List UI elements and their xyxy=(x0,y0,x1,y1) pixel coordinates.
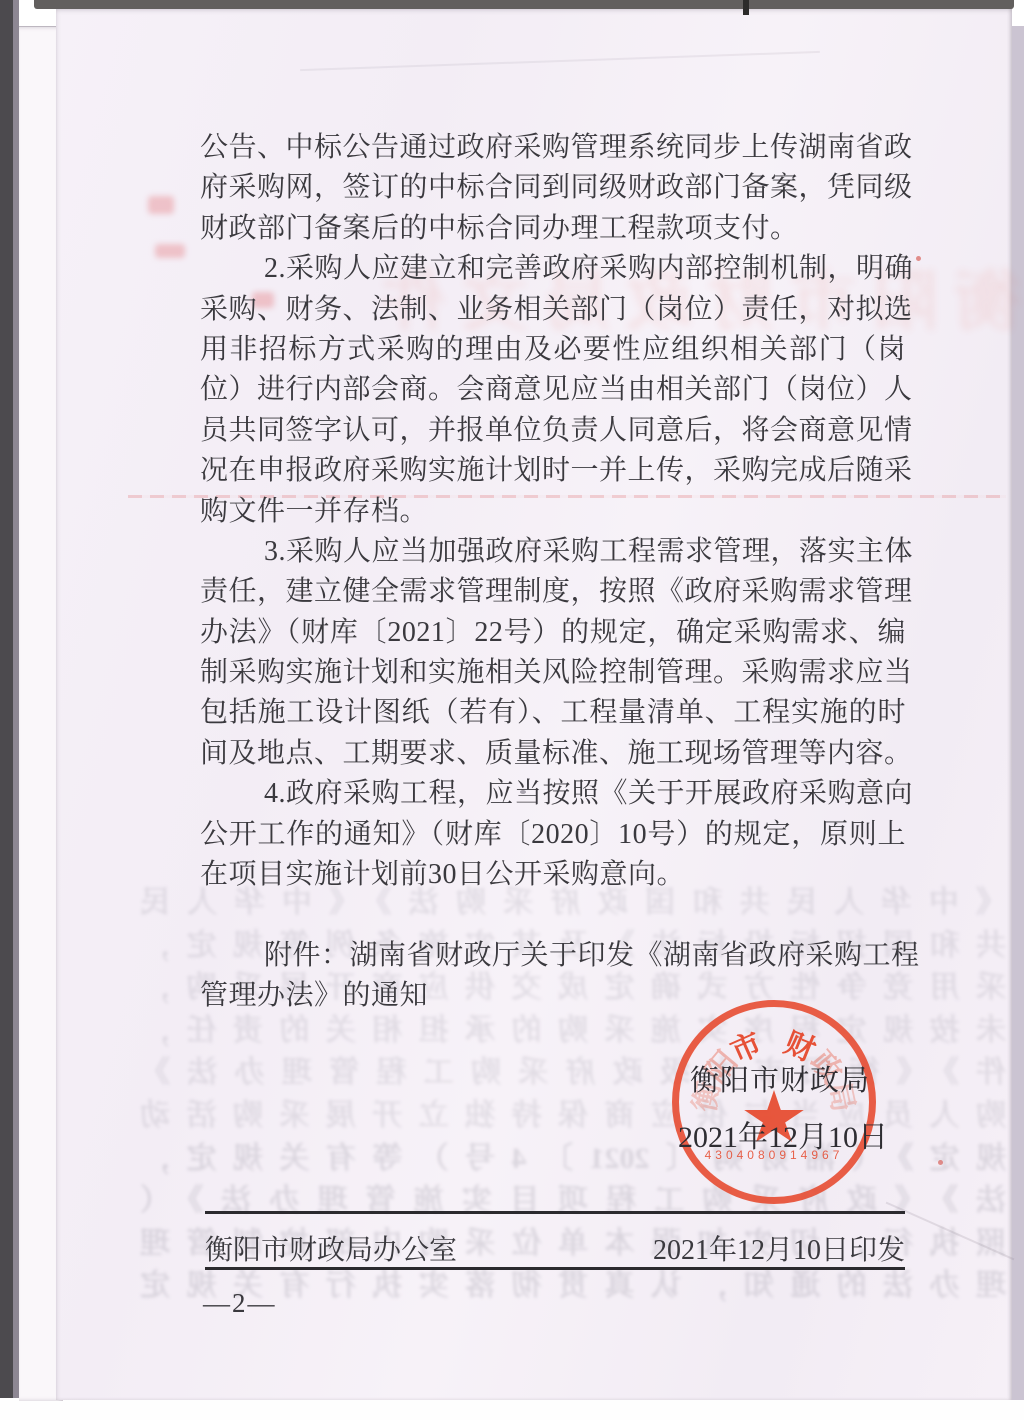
body-line: 位）进行内部会商。会商意见应当由相关部门（岗位）人 xyxy=(200,370,906,410)
scan-right-edge xyxy=(1012,26,1024,1400)
scan-top-edge xyxy=(34,0,1014,9)
body-line: 3.采购人应当加强政府采购工程需求管理，落实主体 xyxy=(200,532,906,572)
signature-date: 2021年12月10日 xyxy=(678,1112,868,1156)
footer-issue-date: 2021年12月10日印发 xyxy=(653,1228,905,1268)
body-line: 办法》（财库〔2021〕22号）的规定，确定采购需求、编 xyxy=(200,613,906,653)
footer-office: 衡阳市财政局办公室 xyxy=(205,1228,457,1268)
footer-rule-top xyxy=(205,1211,905,1214)
blank-line xyxy=(200,895,906,935)
scan-left-edge xyxy=(0,0,13,1398)
body-line: 况在申报政府采购实施计划时一并上传，采购完成后随采 xyxy=(200,451,906,491)
body-text-column: 公告、中标公告通过政府采购管理系统同步上传湖南省政 府采购网，签订的中标合同到同… xyxy=(200,128,906,1017)
body-line: 购文件一并存档。 xyxy=(200,492,906,532)
bleed-row: 法》《政府采购工程项目实施管理办法》（ xyxy=(140,1180,1006,1223)
signature-org: 衡阳市财政局 xyxy=(690,1058,860,1099)
body-line: 在项目实施计划前30日公开采购意向。 xyxy=(200,855,906,895)
body-line: 府采购网，签订的中标合同到同级财政部门备案，凭同级 xyxy=(200,168,906,208)
body-line: 责任，建立健全需求管理制度，按照《政府采购需求管理 xyxy=(200,572,906,612)
body-line: 2.采购人应建立和完善政府采购内部控制机制，明确 xyxy=(200,249,906,289)
body-line: 包括施工设计图纸（若有）、工程量清单、工程实施的时 xyxy=(200,693,906,733)
page-number: —2— xyxy=(203,1288,277,1319)
bleed-row: 件》《衡阳市本级政府采购工程管理办法》 xyxy=(140,1052,1006,1095)
body-line: 财政部门备案后的中标合同办理工程款项支付。 xyxy=(200,209,906,249)
body-line: 间及地点、工期要求、质量标准、施工现场管理等内容。 xyxy=(200,734,906,774)
body-line: 用非招标方式采购的理由及必要性应组织相关部门（岗 xyxy=(200,330,906,370)
attachment-line: 附件：湖南省财政厅关于印发《湖南省政府采购工程 xyxy=(200,936,906,976)
body-line: 4.政府采购工程，应当按照《关于开展政府采购意向 xyxy=(200,774,906,814)
scan-top-tick-mark xyxy=(743,0,749,15)
footer-row: 衡阳市财政局办公室 2021年12月10日印发 xyxy=(205,1228,905,1268)
scan-bottom-margin xyxy=(0,1400,1024,1420)
body-line: 员共同签字认可，并报单位负责人同意后，将会商意见情 xyxy=(200,411,906,451)
body-line: 制采购实施计划和实施相关风险控制管理。采购需求应当 xyxy=(200,653,906,693)
red-speck xyxy=(916,256,921,261)
ink-bleed-mark xyxy=(148,196,174,214)
body-line: 公开工作的通知》（财库〔2020〕10号）的规定，原则上 xyxy=(200,815,906,855)
red-speck xyxy=(938,1160,943,1165)
ink-bleed-mark xyxy=(155,244,185,258)
scanned-document: 衡阳市财政局文件 《中华人民共和国政府采购法》《中华人民 共和国招标投标法》及其… xyxy=(0,0,1024,1420)
body-line: 公告、中标公告通过政府采购管理系统同步上传湖南省政 xyxy=(200,128,906,168)
body-line: 采购、财务、法制、业务相关部门（岗位）责任，对拟选 xyxy=(200,290,906,330)
official-red-seal: 衡 阳 市 财 政 局 4304080914967 xyxy=(672,1000,876,1204)
